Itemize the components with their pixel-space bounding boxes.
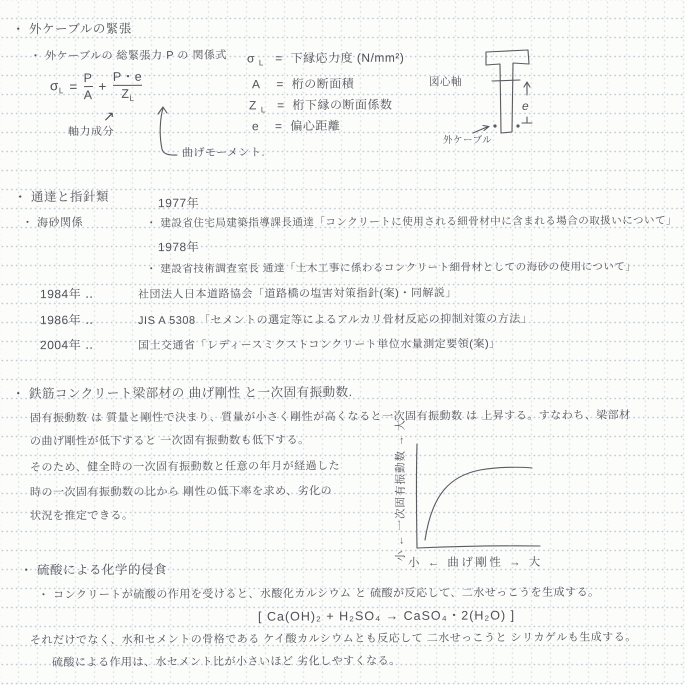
graph-x-axis xyxy=(417,546,540,548)
notice-item-1977: ・ 建設省住宅局建築指導課長通達「コンクリートに使用される細骨材中に含まれる場合… xyxy=(146,215,677,230)
graph-x-axis-label: 小 ← 曲げ剛性 → 大 xyxy=(408,557,543,572)
def-equals: = xyxy=(275,119,283,133)
axial-arrow-icon: ↗ xyxy=(103,108,115,125)
vibration-line-2: の曲げ剛性が低下すると 一次固有振動数も低下する。 xyxy=(30,434,310,449)
eccentricity-bottom-mark xyxy=(522,117,532,123)
fraction-bar xyxy=(84,86,93,87)
def-symbol-main: σ xyxy=(247,51,255,65)
vibration-line-1: 固有振動数 は 質量と剛性で決まり、質量が小さく剛性が高くなると一次固有振動数 … xyxy=(30,409,631,425)
notice-text-1984: 社団法人日本道路協会「道路橋の塩害対策指針(案)・同解説」 xyxy=(138,287,457,302)
def-symbol-sub: L xyxy=(259,58,264,67)
def-equals: = xyxy=(276,77,284,91)
def-symbol-main: e xyxy=(252,119,259,133)
plus-sign: + xyxy=(98,79,106,95)
notice-row-1984: 1984年 ‥ xyxy=(40,287,94,302)
section-cable-title: ・ 外ケーブルの緊張 xyxy=(12,22,132,38)
z-subscript: L xyxy=(129,94,134,103)
definition-section-modulus: ZL = 桁下縁の断面係数 xyxy=(249,98,397,115)
eccentricity-label: e xyxy=(522,99,529,113)
fraction-denominator: A xyxy=(84,88,93,102)
acid-line-2: それだけでなく、水和セメントの骨格である ケイ酸カルシウムとも反応して 二水せっ… xyxy=(30,631,637,647)
sigma-symbol: σ xyxy=(50,78,59,93)
def-text: 偏心距離 xyxy=(290,119,340,133)
external-cable-label: 外ケーブル xyxy=(443,134,492,146)
vibration-line-3: そのため、健全時の一次固有振動数と任意の年月が経過した xyxy=(30,460,340,475)
fraction-axial: P A xyxy=(84,71,93,103)
row-separator: ‥ xyxy=(85,287,94,301)
fraction-numerator: P xyxy=(84,71,93,85)
eccentricity-arrow-icon xyxy=(524,82,530,95)
bending-moment-label: 曲げモーメント. xyxy=(182,147,265,161)
def-symbol-main: Z xyxy=(249,98,257,112)
acid-line-3: 硫酸による作用は、水セメント比が小さいほど 劣化しやすくなる。 xyxy=(52,655,401,670)
def-text: 桁の断面積 xyxy=(292,77,355,91)
gypsum-reaction-equation: [ Ca(OH)₂ + H₂SO₄ → CaSO₄・2(H₂O) ] xyxy=(258,608,515,624)
fraction-denominator: ZL xyxy=(121,87,134,103)
stiffness-frequency-graph xyxy=(388,432,573,562)
centroid-axis-line xyxy=(492,80,520,81)
equals-sign: = xyxy=(69,79,77,95)
graph-y-axis xyxy=(416,444,417,548)
vibration-line-5: 状況を推定できる。 xyxy=(30,510,134,524)
section-acid-title: ・ 硫酸による化学的侵食 xyxy=(20,563,167,579)
def-text: 桁下縁の断面係数 xyxy=(292,98,392,113)
definition-sigma: σL = 下縁応力度 (N/mm²) xyxy=(247,51,408,68)
year-1977: 1977年 xyxy=(158,196,199,211)
row-separator: ‥ xyxy=(85,338,94,352)
sea-sand-label: ・ 海砂関係 xyxy=(22,217,83,231)
row-year: 1986年 xyxy=(40,313,81,327)
fraction-bar xyxy=(113,85,142,86)
cable-dot-left xyxy=(493,124,496,127)
section-vibration-title: ・ 鉄筋コンクリート梁部材の 曲げ剛性 と一次固有振動数. xyxy=(12,385,353,402)
formula-lhs: σL xyxy=(50,78,63,96)
sigma-subscript: L xyxy=(59,86,64,95)
def-symbol: ZL xyxy=(249,98,269,112)
notebook-page: ・ 外ケーブルの緊張 ・ 外ケーブルの 総緊張力 P の 関係式 σL = P … xyxy=(0,0,685,685)
t-beam-outline xyxy=(486,50,529,133)
fraction-moment: P・e ZL xyxy=(113,70,142,104)
fraction-numerator: P・e xyxy=(113,70,142,85)
notice-text-2004: 国土交通省「レディースミクストコンクリート単位水量測定要領(案)」 xyxy=(138,338,501,353)
row-year: 1984年 xyxy=(40,287,81,301)
cable-formula: σL = P A + P・e ZL xyxy=(50,70,142,104)
row-year: 2004年 xyxy=(40,338,81,352)
def-symbol: σL xyxy=(247,51,267,65)
def-symbol: A xyxy=(252,77,269,91)
notice-item-1978: ・ 建設省技術調査室長 通達「土木工事に係わるコンクリート細骨材としての海砂の使… xyxy=(146,261,636,276)
section-cable-subtitle: ・ 外ケーブルの 総緊張力 P の 関係式 xyxy=(30,49,227,63)
row-separator: ‥ xyxy=(85,313,94,327)
graph-y-axis-label: 小 ← 一次固有振動数 → 大 xyxy=(395,431,408,561)
def-symbol-sub: L xyxy=(261,105,266,114)
notice-text-1986: JIS A 5308 「セメントの選定等によるアルカリ骨材反応の抑制対策の方法」 xyxy=(138,313,532,328)
cable-dot-right xyxy=(516,124,519,127)
section-notices-title: ・ 通達と指針類 xyxy=(14,190,109,205)
definition-eccentricity: e = 偏心距離 xyxy=(252,119,344,136)
centroid-axis-label: 図心軸 xyxy=(429,75,462,88)
t-beam-diagram: 図心軸 e 外ケーブル xyxy=(415,42,585,150)
notice-row-1986: 1986年 ‥ xyxy=(40,313,94,328)
def-equals: = xyxy=(275,51,283,65)
def-text: 下縁応力度 (N/mm²) xyxy=(291,51,405,66)
year-1978: 1978年 xyxy=(158,240,199,255)
def-symbol: e xyxy=(252,119,267,133)
cable-pointer-arrow-icon xyxy=(473,126,489,134)
definition-area: A = 桁の断面積 xyxy=(252,77,358,94)
graph-curve xyxy=(425,467,532,540)
def-equals: = xyxy=(277,98,285,112)
vibration-line-4: 時の一次固有振動数の比から 剛性の低下率を求め、劣化の xyxy=(30,485,332,500)
axial-component-label: 軸力成分 xyxy=(68,126,114,139)
acid-line-1: ・ コンクリートが硫酸の作用を受けると、水酸化カルシウム と 硫酸が反応して、二… xyxy=(38,587,600,603)
notice-row-2004: 2004年 ‥ xyxy=(40,338,94,353)
def-symbol-main: A xyxy=(252,77,261,91)
